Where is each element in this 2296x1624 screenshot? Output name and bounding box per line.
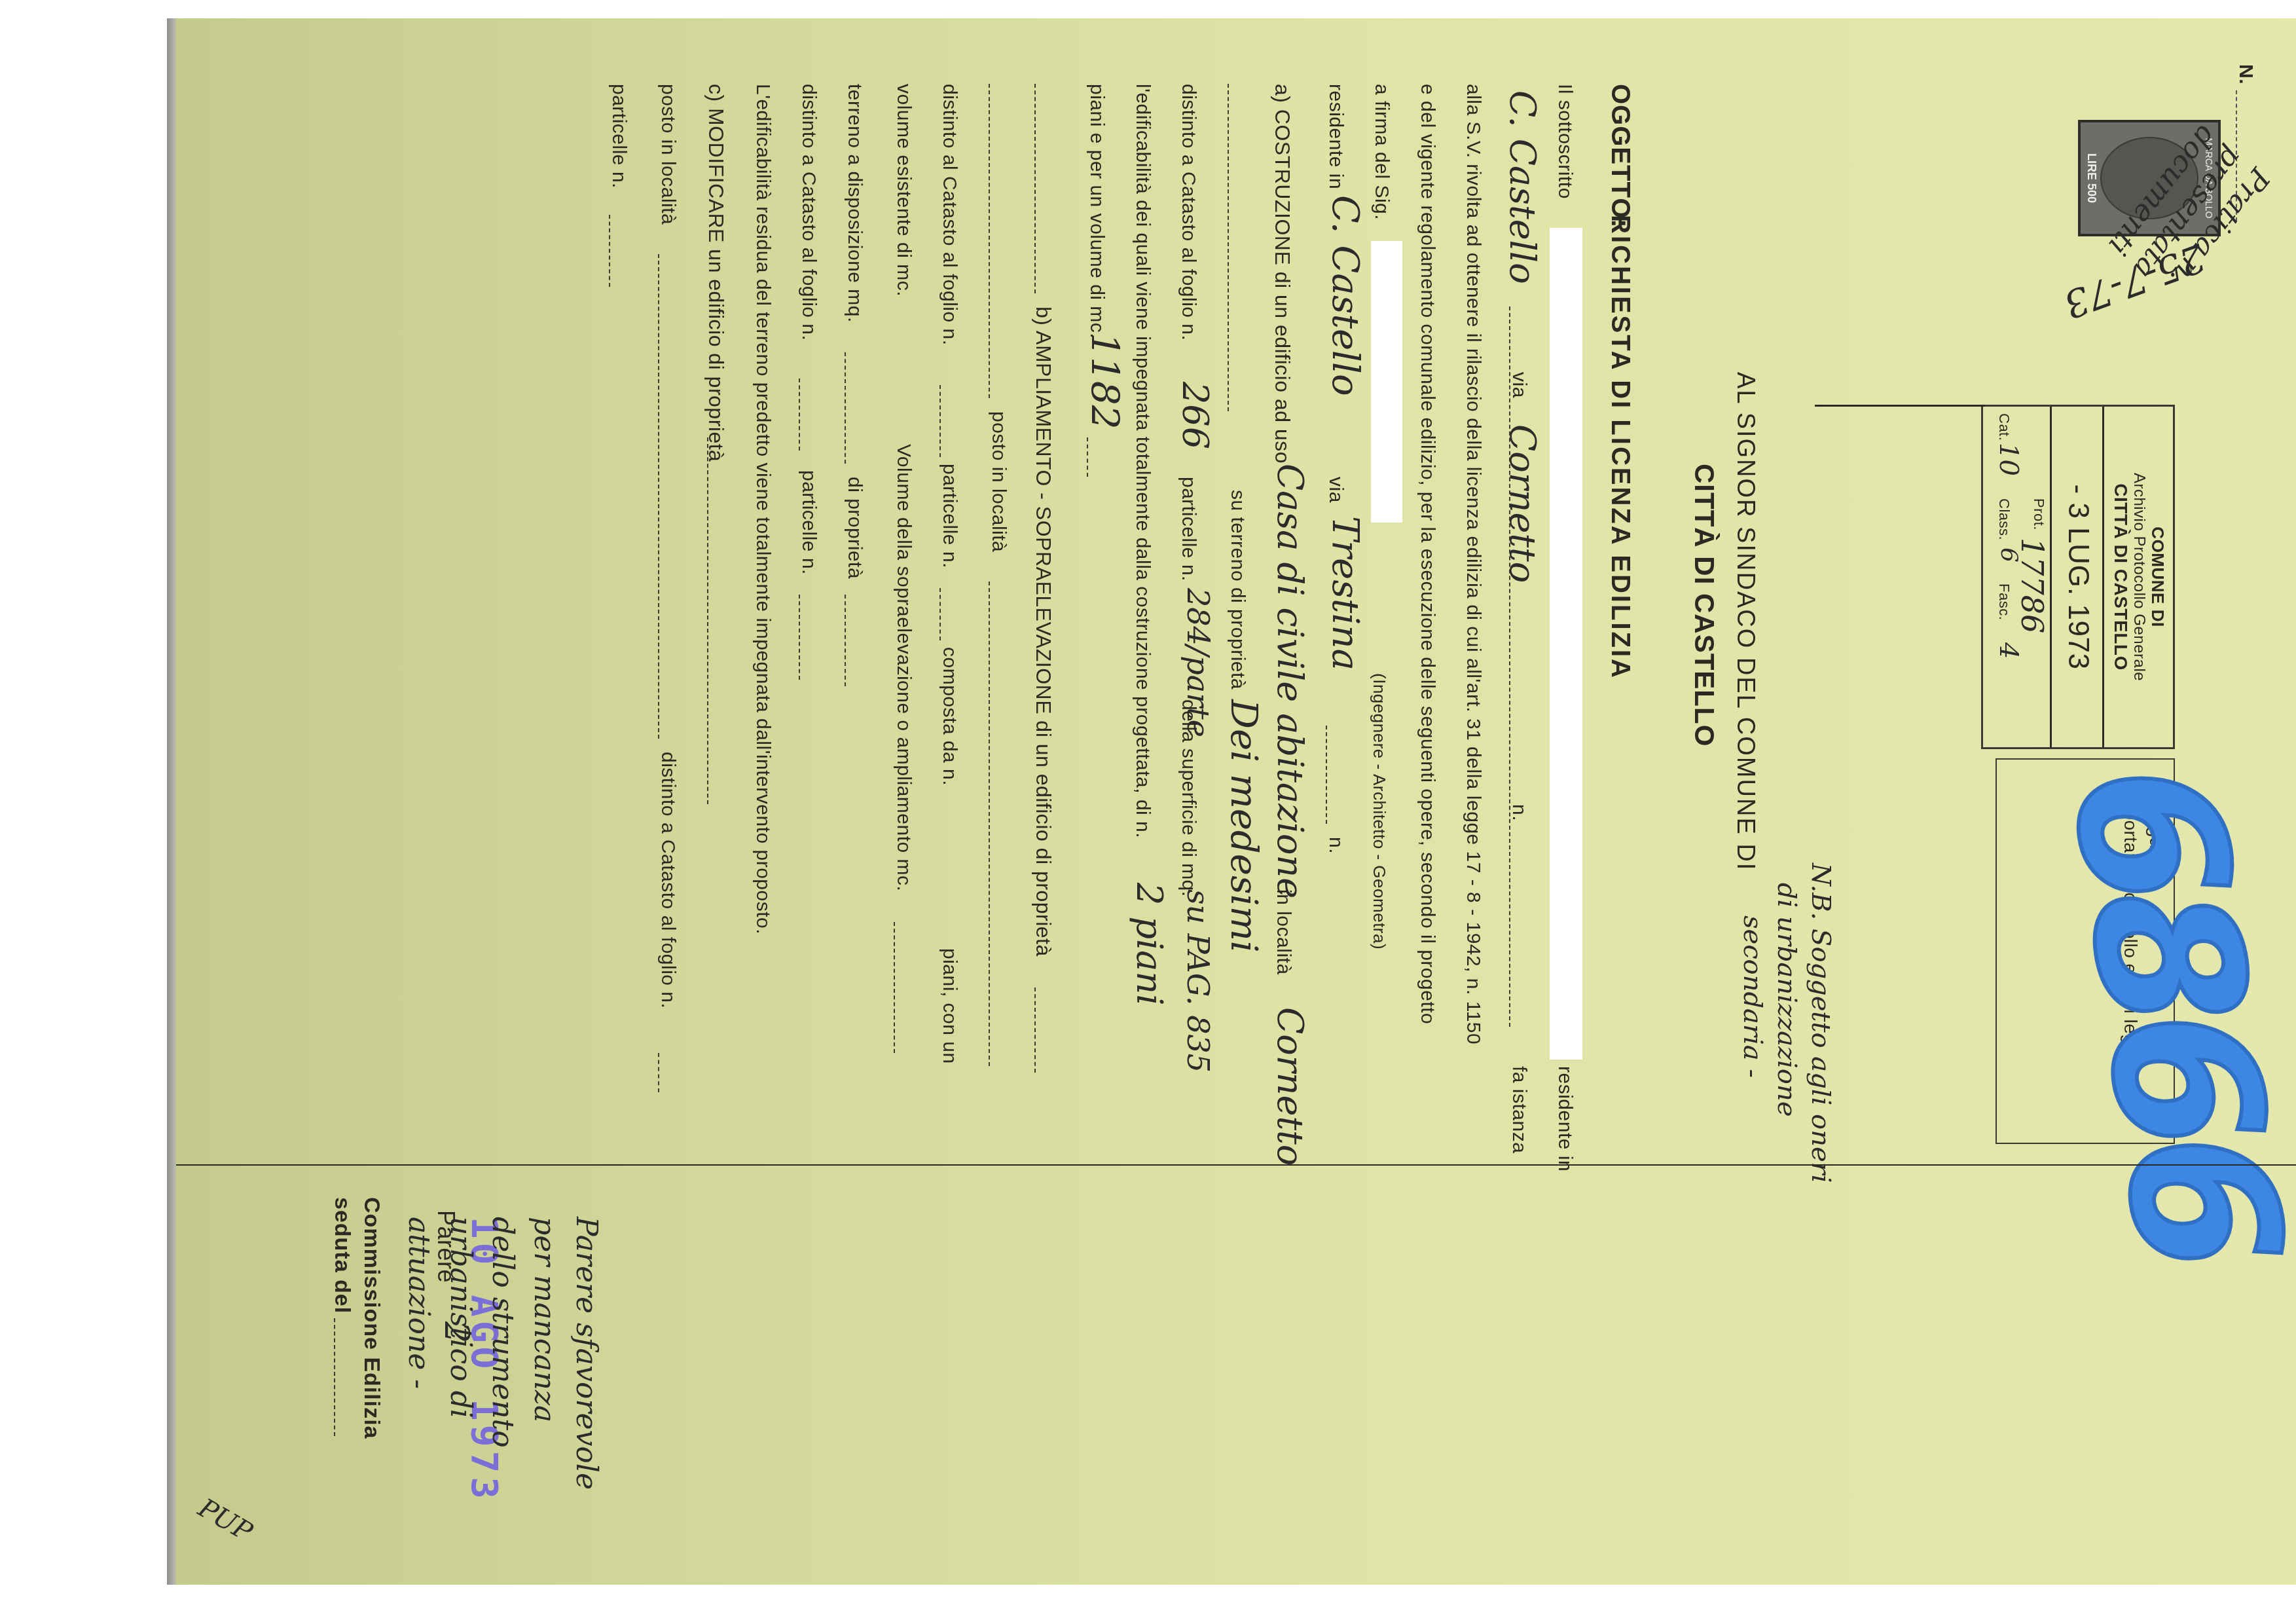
- designer-via: Trestina: [1324, 516, 1366, 671]
- label-sottoscritto: Il sottoscritto: [1554, 84, 1576, 199]
- subject-title: RICHIESTA DI LICENZA EDILIZIA: [1605, 215, 1635, 680]
- building-use: Casa di civile abitazione: [1269, 464, 1311, 898]
- license-request-form: N. MARCA DA BOLLO LIRE 500 Pratica n. pr…: [167, 18, 2296, 1585]
- redacted-name: [1550, 228, 1582, 1060]
- addressee-line1: AL SIGNOR SINDACO DEL COMUNE DI: [1731, 372, 1759, 871]
- stamp-date: - 3 LUG. 1973: [2062, 407, 2094, 747]
- locality-value: Cornetto: [1269, 1007, 1311, 1166]
- body-line3: alla S.V. rivolta ad ottenere il rilasci…: [1462, 84, 1484, 1044]
- addressee-city: CITTÀ DI CASTELLO: [1688, 464, 1720, 747]
- section-b-heading: b) AMPLIAMENTO - SOPRAELEVAZIONE di un e…: [1031, 306, 1055, 957]
- stamp-value: LIRE 500: [2085, 122, 2098, 234]
- via-value: Cornetto: [1502, 424, 1543, 583]
- page-divider: [167, 1164, 2296, 1166]
- subject-label: OGGETTO:: [1605, 84, 1635, 229]
- body-line4: e del vigente regolamento comunale edili…: [1416, 84, 1438, 1024]
- handwritten-note: N.B. Soggetto agli oneri di urbanizzazio…: [1736, 863, 1838, 1183]
- section-c-heading: c) MODIFICARE un edificio di proprietà: [704, 84, 728, 462]
- floors-value: 2 piani: [1129, 883, 1170, 1006]
- commission-title: Commissione Edilizia: [359, 1197, 384, 1439]
- volume-value: 1182: [1083, 333, 1127, 430]
- residence-value: C. Castello: [1502, 90, 1543, 284]
- file-number-handwritten: 6866: [2028, 751, 2296, 1272]
- residual-buildability: L'edificabilità residua del terreno pred…: [752, 84, 774, 934]
- corner-mark: PUP: [193, 1493, 257, 1547]
- land-owner-value: Dei medesimi: [1222, 699, 1265, 953]
- number-label: N.: [2234, 64, 2257, 84]
- scan-edge: [167, 18, 176, 1585]
- protocol-stamp: COMUNE DI Archivio Protocollo Generale C…: [1981, 405, 2175, 749]
- scanned-sheet: N. MARCA DA BOLLO LIRE 500 Pratica n. pr…: [167, 18, 2296, 1585]
- sheet-number: 266: [1175, 382, 1216, 449]
- session-label: seduta del: [329, 1197, 355, 1314]
- surface-value: su PAG. 835: [1180, 889, 1216, 1073]
- designer-residence: C. Castello: [1324, 195, 1366, 396]
- redacted-designer: [1371, 241, 1402, 523]
- commission-opinion: Parere sfavorevole per mancanza dello st…: [397, 1217, 607, 1490]
- section-a-heading: a) COSTRUZIONE di un edificio ad uso: [1270, 84, 1294, 464]
